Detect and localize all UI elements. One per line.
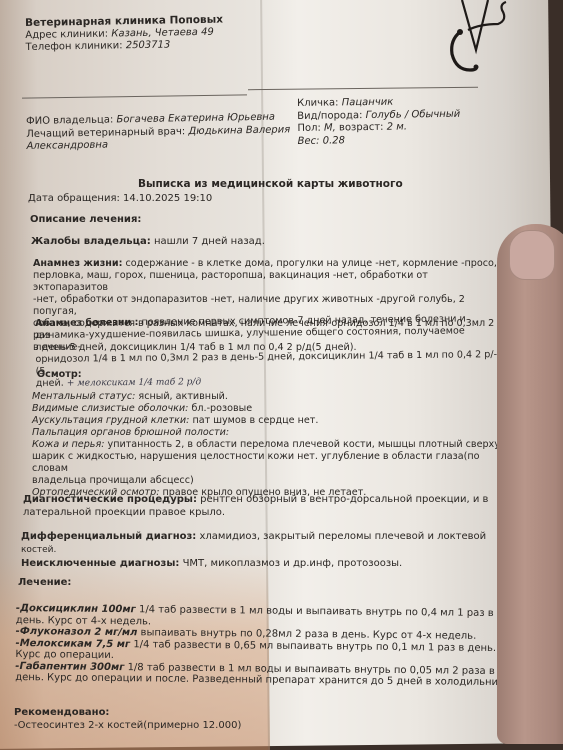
recommendations: Рекомендовано: -Остеосинтез 2-х костей(п…: [14, 707, 241, 732]
animal-species: Вид/порода: Голубь / Обычный: [297, 108, 460, 123]
medical-record-document: Ветеринарная клиника Поповых Адрес клини…: [0, 0, 563, 750]
visit-date: Дата обращения: 14.10.2025 19:10: [28, 193, 212, 206]
owner-block: ФИО владельца: Богачева Екатерина Юрьевн…: [26, 111, 291, 153]
owner-complaints: Жалобы владельца: нашли 7 дней назад.: [31, 236, 265, 249]
exam-heading: Осмотр:: [37, 369, 82, 382]
animal-block: Кличка: Пацанчик Вид/порода: Голубь / Об…: [297, 96, 461, 148]
diagnostic-procedures: Диагностические процедуры: рентген обзор…: [23, 494, 503, 519]
animal-weight: Вес: 0.28: [298, 133, 461, 148]
differential-diagnosis: Дифференциальный диагноз: хламидиоз, зак…: [21, 531, 511, 571]
treatment-heading: Лечение:: [18, 577, 71, 590]
recommended-item: -Остеосинтез 2-х костей(примерно 12.000): [14, 720, 241, 733]
document-title: Выписка из медицинской карты животного: [138, 178, 403, 191]
clinic-header: Ветеринарная клиника Поповых Адрес клини…: [25, 14, 223, 55]
treatment-description-heading: Описание лечения:: [30, 214, 141, 227]
header-divider-right: [248, 87, 478, 90]
clinic-phone: Телефон клиники: 2503713: [25, 39, 223, 55]
holding-thumb: [497, 224, 563, 744]
treatment-list: -Доксициклин 100мг 1/4 таб развести в 1 …: [15, 603, 516, 689]
clinic-logo-icon: [440, 0, 520, 78]
exam-findings: Ментальный статус: ясный, активный. Види…: [32, 391, 502, 499]
handwritten-note: + мелоксикам 1/4 таб 2 р/д: [67, 377, 201, 388]
disease-anamnesis: Анамнез болезни : появление первых симпт…: [35, 313, 506, 390]
thumbnail: [509, 230, 555, 280]
header-divider-left: [22, 94, 247, 98]
